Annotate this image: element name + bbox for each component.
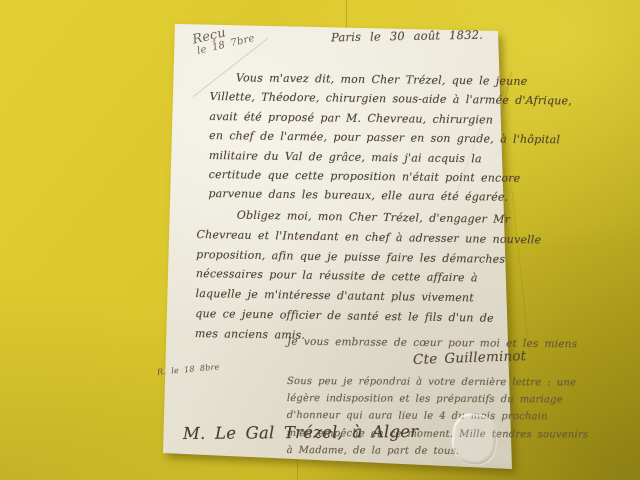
letter-paragraph-1: Vous m'avez dit, mon Cher Trézel, que le…	[208, 68, 515, 208]
postscript-line: Sous peu je répondrai à votre dernière l…	[287, 373, 577, 392]
postscript-line: à Madame, de la part de tous.	[287, 442, 577, 461]
closing-line: Je vous embrasse de cœur pour moi et les…	[287, 336, 577, 351]
dateline: Paris le 30 août 1832.	[331, 28, 483, 45]
letter-line: parvenue dans les bureaux, elle aura été…	[208, 184, 513, 207]
letter-paragraph-2: Obligez moi, mon Cher Trézel, d'engager …	[195, 205, 515, 349]
photo-of-letter: Reçu le 18 7bre Paris le 30 août 1832. V…	[0, 0, 640, 480]
address-line: M. Le Gal Trézel, à Alger	[183, 422, 418, 443]
postscript: Sous peu je répondrai à votre dernière l…	[287, 373, 577, 461]
postscript-line: légère indisposition et les préparatifs …	[287, 390, 577, 409]
